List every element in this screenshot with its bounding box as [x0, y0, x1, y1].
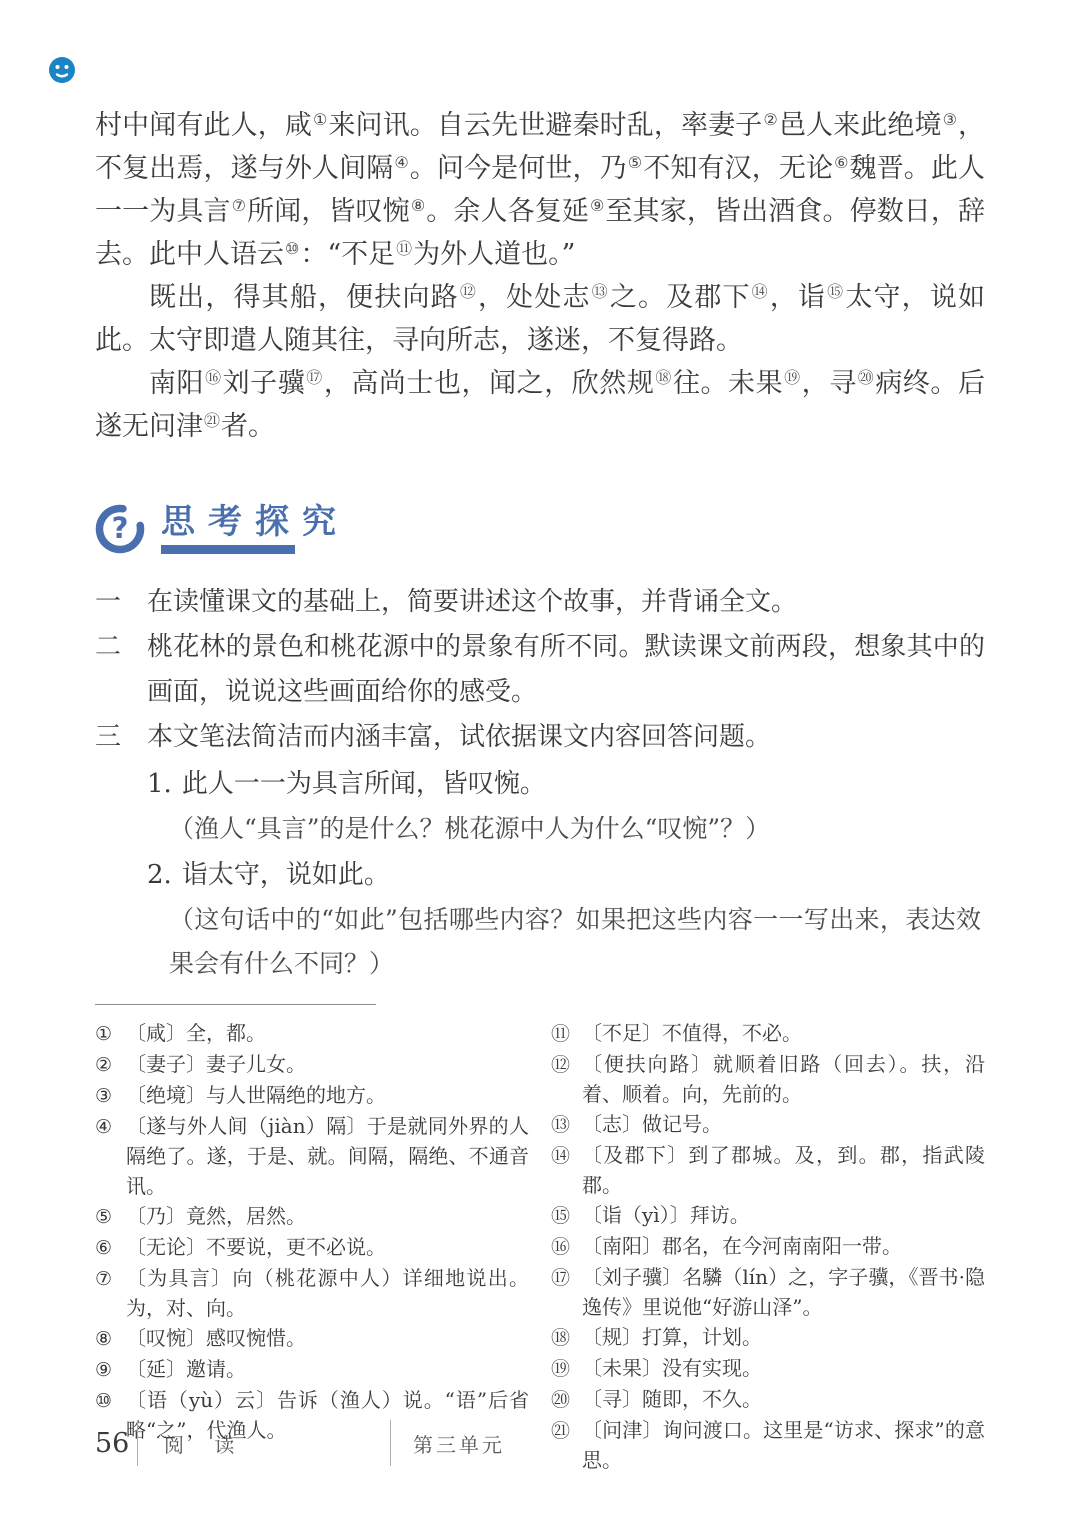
note-reference: ⑩	[284, 239, 300, 258]
footnote-item: ⑤〔乃〕竟然，居然。	[95, 1201, 529, 1232]
note-reference: ⑰	[305, 368, 324, 387]
footnote-text: 〔为具言〕向（桃花源中人）详细地说出。为，对、向。	[126, 1263, 529, 1323]
page-content: 村中闻有此人，咸①来问讯。自云先世避秦时乱，率妻子②邑人来此绝境③，不复出焉，遂…	[95, 0, 985, 1475]
footnote-text: 〔延〕邀请。	[126, 1354, 529, 1385]
question-number: 三	[95, 715, 147, 760]
question-3: 三 本文笔法简洁而内涵丰富，试依据课文内容回答问题。	[95, 715, 985, 760]
note-reference: ⑮	[826, 282, 845, 301]
sub-question-text: 此人一一为具言所闻，皆叹惋。	[182, 769, 546, 799]
footnote-item: ⑰〔刘子骥〕名驎（lín）之，字子骥，《晋书·隐逸传》里说他“好游山泽”。	[551, 1262, 985, 1322]
footnote-text: 〔咸〕全，都。	[126, 1018, 529, 1049]
sub-question-1-hint: （渔人“具言”的是什么？桃花源中人为什么“叹惋”？）	[169, 807, 981, 851]
question-number: 二	[95, 625, 147, 715]
footnote-item: ㉑〔问津〕询问渡口。这里是“访求、探求”的意思。	[551, 1415, 985, 1475]
section-title: 思考探究	[161, 502, 349, 542]
footnote-item: ⑯〔南阳〕郡名，在今河南南阳一带。	[551, 1231, 985, 1262]
footer-divider	[137, 1420, 138, 1466]
footnote-item: ⑥〔无论〕不要说，更不必说。	[95, 1232, 529, 1263]
footnote-number: ⑨	[95, 1354, 126, 1385]
footnote-text: 〔刘子骥〕名驎（lín）之，字子骥，《晋书·隐逸传》里说他“好游山泽”。	[582, 1262, 985, 1322]
note-reference: ⑬	[591, 282, 610, 301]
page-number: 56	[95, 1428, 137, 1459]
page-footer: 56 阅 读 第三单元	[95, 1418, 505, 1468]
note-reference: ⑳	[857, 368, 876, 387]
note-reference: ⑭	[751, 282, 770, 301]
note-reference: ③	[942, 110, 958, 129]
footnote-text: 〔不足〕不值得，不必。	[582, 1018, 985, 1049]
footnote-number: ⑯	[551, 1231, 582, 1262]
question-number: 一	[95, 580, 147, 625]
question-text: 在读懂课文的基础上，简要讲述这个故事，并背诵全文。	[147, 580, 985, 625]
note-reference: ⑫	[459, 282, 478, 301]
note-reference: ①	[312, 110, 328, 129]
smiley-icon	[48, 56, 76, 84]
note-reference: ⑱	[654, 368, 673, 387]
sub-question-text: 诣太守，说如此。	[182, 860, 390, 890]
footnote-item: ⑦〔为具言〕向（桃花源中人）详细地说出。为，对、向。	[95, 1263, 529, 1323]
footnote-number: ⑧	[95, 1323, 126, 1354]
sub-question-number: 1.	[147, 769, 172, 799]
explore-section-header: ? 思考探究	[95, 502, 985, 554]
footnote-text: 〔叹惋〕感叹惋惜。	[126, 1323, 529, 1354]
footnote-text: 〔便扶向路〕就顺着旧路（回去）。扶，沿着、顺着。向，先前的。	[582, 1049, 985, 1109]
question-text: 本文笔法简洁而内涵丰富，试依据课文内容回答问题。	[147, 715, 985, 760]
question-mark-icon: ?	[95, 504, 145, 554]
paragraph: 既出，得其船，便扶向路⑫，处处志⑬之。及郡下⑭，诣⑮太守，说如此。太守即遣人随其…	[95, 276, 985, 362]
footnote-item: ⑪〔不足〕不值得，不必。	[551, 1018, 985, 1049]
sub-question-number: 2.	[147, 860, 172, 890]
svg-text:?: ?	[112, 511, 129, 545]
footnote-number: ⑦	[95, 1263, 126, 1323]
note-reference: ④	[393, 153, 409, 172]
footnote-text: 〔未果〕没有实现。	[582, 1353, 985, 1384]
paragraph: 村中闻有此人，咸①来问讯。自云先世避秦时乱，率妻子②邑人来此绝境③，不复出焉，遂…	[95, 104, 985, 276]
title-underline	[161, 545, 295, 554]
footnote-number: ⑰	[551, 1262, 582, 1322]
note-reference: ⑦	[231, 196, 247, 215]
footnote-text: 〔问津〕询问渡口。这里是“访求、探求”的意思。	[582, 1415, 985, 1475]
footnote-number: ⑳	[551, 1384, 582, 1415]
footnote-item: ⑱〔规〕打算，计划。	[551, 1322, 985, 1353]
footnote-number: ④	[95, 1111, 126, 1201]
footnote-text: 〔南阳〕郡名，在今河南南阳一带。	[582, 1231, 985, 1262]
footnotes: ①〔咸〕全，都。②〔妻子〕妻子儿女。③〔绝境〕与人世隔绝的地方。④〔遂与外人间（…	[95, 1018, 985, 1475]
footnote-item: ③〔绝境〕与人世隔绝的地方。	[95, 1080, 529, 1111]
sub-question-2-hint: （这句话中的“如此”包括哪些内容？如果把这些内容一一写出来，表达效果会有什么不同…	[169, 898, 981, 986]
footnote-number: ⑮	[551, 1200, 582, 1231]
footnote-number: ⑬	[551, 1109, 582, 1140]
footnote-text: 〔及郡下〕到了郡城。及，到。郡，指武陵郡。	[582, 1140, 985, 1200]
footer-section-label: 阅 读	[164, 1429, 390, 1458]
sub-question-2: 2.诣太守，说如此。	[147, 853, 985, 898]
note-reference: ⑨	[589, 196, 605, 215]
note-reference: ⑪	[395, 239, 413, 258]
footnote-number: ⑫	[551, 1049, 582, 1109]
footnote-item: ②〔妻子〕妻子儿女。	[95, 1049, 529, 1080]
footnote-item: ⑫〔便扶向路〕就顺着旧路（回去）。扶，沿着、顺着。向，先前的。	[551, 1049, 985, 1109]
footnote-item: ⑲〔未果〕没有实现。	[551, 1353, 985, 1384]
footnote-item: ⑨〔延〕邀请。	[95, 1354, 529, 1385]
footnote-item: ⑭〔及郡下〕到了郡城。及，到。郡，指武陵郡。	[551, 1140, 985, 1200]
question-1: 一 在读懂课文的基础上，简要讲述这个故事，并背诵全文。	[95, 580, 985, 625]
note-reference: ⑲	[783, 368, 802, 387]
footnote-number: ②	[95, 1049, 126, 1080]
note-reference: ㉑	[203, 411, 221, 430]
footnote-text: 〔妻子〕妻子儿女。	[126, 1049, 529, 1080]
footnote-number: ⑭	[551, 1140, 582, 1200]
footnote-item: ⑬〔志〕做记号。	[551, 1109, 985, 1140]
note-reference: ⑥	[833, 153, 849, 172]
footnote-item: ⑧〔叹惋〕感叹惋惜。	[95, 1323, 529, 1354]
question-2: 二 桃花林的景色和桃花源中的景象有所不同。默读课文前两段，想象其中的画面，说说这…	[95, 625, 985, 715]
footnote-text: 〔绝境〕与人世隔绝的地方。	[126, 1080, 529, 1111]
footer-unit-label: 第三单元	[413, 1429, 505, 1458]
footnote-text: 〔寻〕随即，不久。	[582, 1384, 985, 1415]
footnotes-left-column: ①〔咸〕全，都。②〔妻子〕妻子儿女。③〔绝境〕与人世隔绝的地方。④〔遂与外人间（…	[95, 1018, 529, 1475]
sub-question-1: 1.此人一一为具言所闻，皆叹惋。	[147, 762, 985, 807]
footnote-number: ③	[95, 1080, 126, 1111]
footnote-item: ⑮〔诣（yì）〕拜访。	[551, 1200, 985, 1231]
footnotes-right-column: ⑪〔不足〕不值得，不必。⑫〔便扶向路〕就顺着旧路（回去）。扶，沿着、顺着。向，先…	[551, 1018, 985, 1475]
footnote-text: 〔无论〕不要说，更不必说。	[126, 1232, 529, 1263]
footnote-text: 〔乃〕竟然，居然。	[126, 1201, 529, 1232]
footnote-item: ⑳〔寻〕随即，不久。	[551, 1384, 985, 1415]
footnote-text: 〔遂与外人间（jiàn）隔〕于是就同外界的人隔绝了。遂，于是、就。间隔，隔绝、不…	[126, 1111, 529, 1201]
footnote-divider	[95, 1004, 376, 1005]
note-reference: ②	[762, 110, 778, 129]
footnote-number: ⑪	[551, 1018, 582, 1049]
note-reference: ⑤	[627, 153, 643, 172]
footnote-item: ④〔遂与外人间（jiàn）隔〕于是就同外界的人隔绝了。遂，于是、就。间隔，隔绝、…	[95, 1111, 529, 1201]
footnote-text: 〔诣（yì）〕拜访。	[582, 1200, 985, 1231]
lesson-text: 村中闻有此人，咸①来问讯。自云先世避秦时乱，率妻子②邑人来此绝境③，不复出焉，遂…	[95, 104, 985, 448]
question-list: 一 在读懂课文的基础上，简要讲述这个故事，并背诵全文。 二 桃花林的景色和桃花源…	[95, 580, 985, 986]
explore-title-wrap: 思考探究	[161, 502, 349, 554]
question-text: 桃花林的景色和桃花源中的景象有所不同。默读课文前两段，想象其中的画面，说说这些画…	[147, 625, 985, 715]
footnote-number: ㉑	[551, 1415, 582, 1475]
footnote-number: ⑲	[551, 1353, 582, 1384]
note-reference: ⑧	[410, 196, 426, 215]
footnote-text: 〔志〕做记号。	[582, 1109, 985, 1140]
footnote-number: ⑤	[95, 1201, 126, 1232]
footnote-text: 〔规〕打算，计划。	[582, 1322, 985, 1353]
footnote-number: ⑱	[551, 1322, 582, 1353]
footer-divider	[390, 1420, 391, 1466]
note-reference: ⑯	[204, 368, 223, 387]
footnote-number: ①	[95, 1018, 126, 1049]
footnote-number: ⑥	[95, 1232, 126, 1263]
paragraph: 南阳⑯刘子骥⑰，高尚士也，闻之，欣然规⑱往。未果⑲，寻⑳病终。后遂无问津㉑者。	[95, 362, 985, 448]
footnote-item: ①〔咸〕全，都。	[95, 1018, 529, 1049]
